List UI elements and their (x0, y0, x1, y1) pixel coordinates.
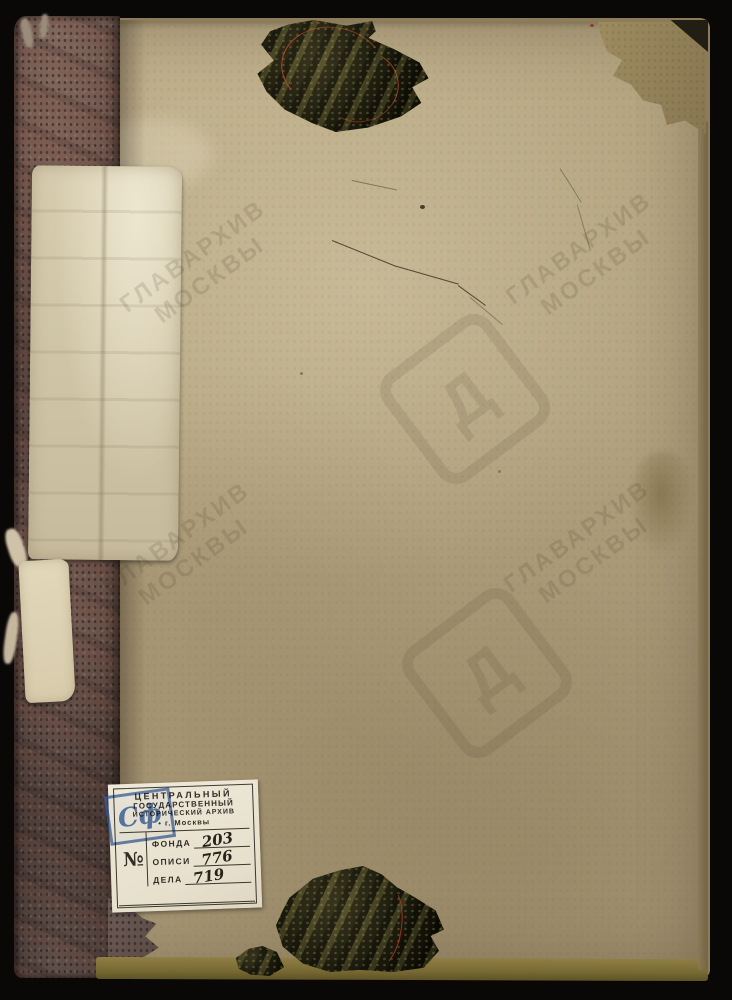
red-speck (590, 24, 594, 27)
delo-label: ДЕЛА (153, 874, 183, 886)
spine-label-large (28, 165, 182, 561)
red-thread (358, 883, 408, 970)
delo-line: 719 (185, 868, 251, 885)
delo-row: ДЕЛА 719 (153, 865, 252, 886)
spine-label-strip (18, 559, 75, 703)
speck (420, 205, 425, 209)
right-board-edge (698, 120, 708, 970)
blue-stamp: Сф (104, 787, 176, 846)
book-cover-photo: ГЛАВАРХИВ МОСКВЫ ГЛАВАРХИВ МОСКВЫ ГЛАВАР… (0, 0, 732, 1000)
speck (300, 372, 303, 375)
archive-label: ЦЕНТРАЛЬНЫЙ ГОСУДАРСТВЕННЫЙ ИСТОРИЧЕСКИЙ… (108, 779, 262, 912)
speck (498, 470, 501, 473)
delo-value: 719 (192, 865, 226, 888)
